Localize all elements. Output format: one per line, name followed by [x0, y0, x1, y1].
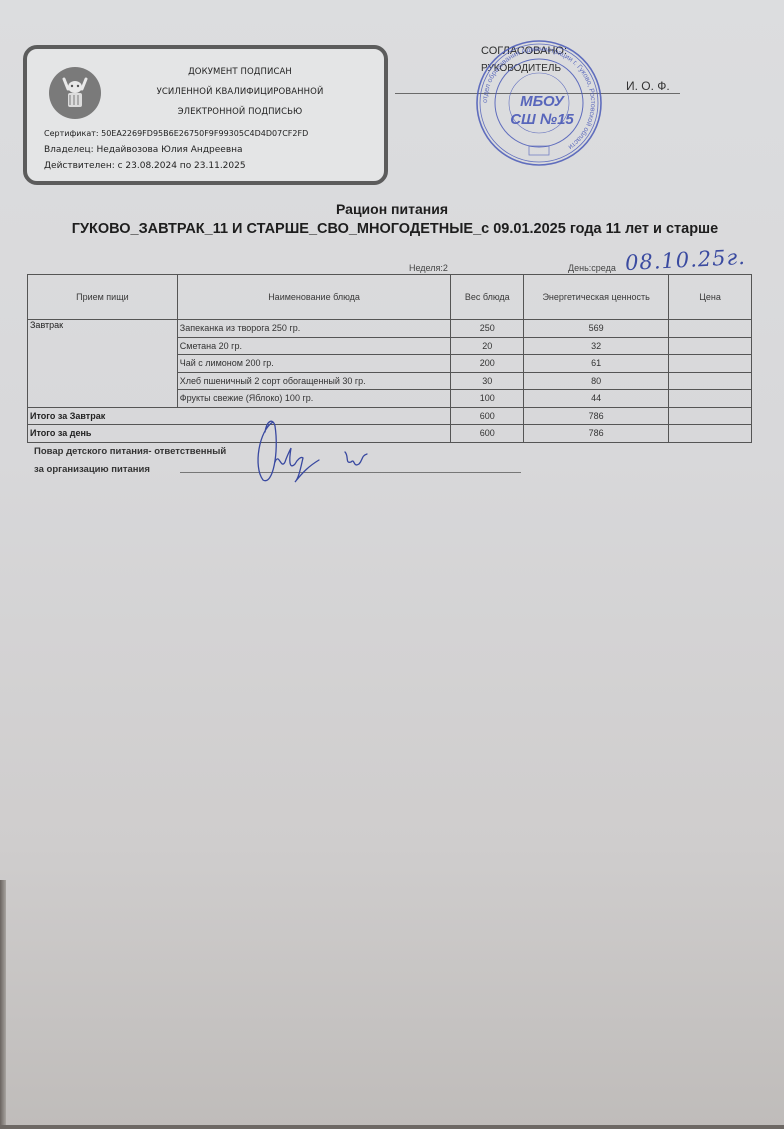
energy-cell: 61 — [524, 355, 669, 373]
dish-cell: Хлеб пшеничный 2 сорт обогащенный 30 гр. — [177, 372, 451, 390]
total-price — [669, 425, 752, 443]
table-row: Завтрак Запеканка из творога 250 гр. 250… — [28, 320, 752, 338]
weight-cell: 20 — [451, 337, 524, 355]
total-price — [669, 407, 752, 425]
esig-certificate: Сертификат: 50EA2269FD95B6E26750F9F99305… — [44, 129, 308, 138]
dish-cell: Сметана 20 гр. — [177, 337, 451, 355]
emblem-icon — [49, 67, 101, 119]
week-label: Неделя:2 — [409, 263, 448, 273]
esig-heading: УСИЛЕННОЙ КВАЛИФИЦИРОВАННОЙ — [115, 87, 365, 97]
energy-cell: 44 — [524, 390, 669, 408]
total-weight: 600 — [451, 425, 524, 443]
handwritten-signature-icon — [245, 412, 395, 487]
weight-cell: 30 — [451, 372, 524, 390]
weight-cell: 250 — [451, 320, 524, 338]
column-header: Вес блюда — [451, 275, 524, 320]
responsible-label: за организацию питания — [34, 464, 150, 475]
document-title: Рацион питания — [0, 201, 784, 217]
energy-cell: 80 — [524, 372, 669, 390]
seal-center-line2: СШ №15 — [510, 111, 574, 128]
dish-cell: Запеканка из творога 250 гр. — [177, 320, 451, 338]
total-weight: 600 — [451, 407, 524, 425]
esig-validity: Действителен: с 23.08.2024 по 23.11.2025 — [44, 161, 246, 171]
esig-heading: ДОКУМЕНТ ПОДПИСАН — [115, 67, 365, 77]
responsible-label: Повар детского питания- ответственный — [34, 446, 226, 457]
page-edge — [0, 1125, 784, 1129]
total-energy: 786 — [524, 425, 669, 443]
dish-cell: Фрукты свежие (Яблоко) 100 гр. — [177, 390, 451, 408]
price-cell — [669, 337, 752, 355]
energy-cell: 569 — [524, 320, 669, 338]
column-header: Цена — [669, 275, 752, 320]
approval-name: И. О. Ф. — [626, 79, 670, 93]
price-cell — [669, 320, 752, 338]
total-energy: 786 — [524, 407, 669, 425]
handwritten-date: 08.10.25г. — [624, 245, 746, 275]
column-header: Прием пищи — [28, 275, 178, 320]
esignature-stamp: ДОКУМЕНТ ПОДПИСАН УСИЛЕННОЙ КВАЛИФИЦИРОВ… — [23, 45, 388, 185]
weight-cell: 200 — [451, 355, 524, 373]
dish-cell: Чай с лимоном 200 гр. — [177, 355, 451, 373]
esig-heading: ЭЛЕКТРОННОЙ ПОДПИСЬЮ — [115, 107, 365, 117]
column-header: Наименование блюда — [177, 275, 451, 320]
document-subtitle: ГУКОВО_ЗАВТРАК_11 И СТАРШЕ_СВО_МНОГОДЕТН… — [20, 220, 770, 239]
seal-center-line1: МБОУ — [520, 93, 566, 110]
column-header: Энергетическая ценность — [524, 275, 669, 320]
meal-cell: Завтрак — [28, 320, 178, 408]
table-header-row: Прием пищи Наименование блюда Вес блюда … — [28, 275, 752, 320]
page-edge — [0, 880, 6, 1129]
day-label: День:среда — [568, 263, 616, 273]
price-cell — [669, 355, 752, 373]
price-cell — [669, 390, 752, 408]
price-cell — [669, 372, 752, 390]
round-seal-icon: отдел образования Администрации г. Гуков… — [474, 38, 604, 168]
energy-cell: 32 — [524, 337, 669, 355]
esig-owner: Владелец: Недайвозова Юлия Андреевна — [44, 145, 243, 155]
weight-cell: 100 — [451, 390, 524, 408]
